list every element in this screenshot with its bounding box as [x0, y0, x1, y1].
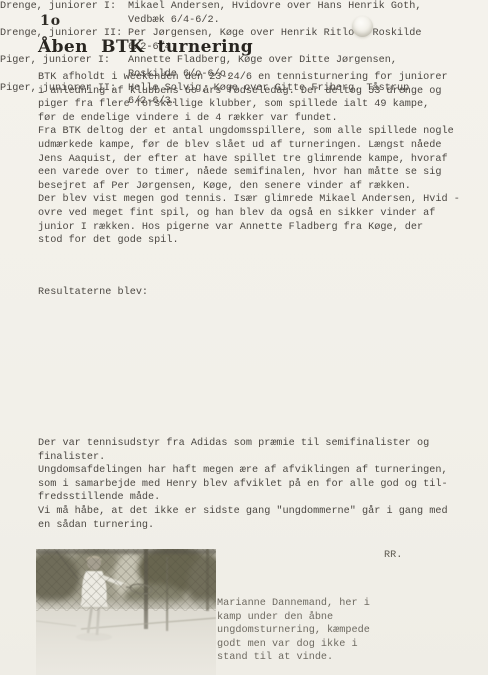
article-body: BTK afholdt i weekenden den 23-24/6 en t… — [38, 71, 478, 248]
page-title: Åben BTK turnering — [38, 37, 253, 57]
result-category: Drenge, juniorer I: — [0, 0, 128, 27]
closing-paragraphs: Der var tennisudstyr fra Adidas som præm… — [38, 437, 474, 532]
scanned-page: 1o Åben BTK turnering BTK afholdt i week… — [0, 0, 488, 675]
photo-overexposure-wash — [36, 549, 216, 675]
punch-hole — [352, 16, 373, 37]
results-intro: Resultaterne blev: — [38, 286, 148, 300]
signature-initials: RR. — [384, 549, 402, 563]
tennis-photo — [36, 549, 216, 675]
result-row: Drenge, juniorer I: Mikael Andersen, Hvi… — [0, 0, 442, 27]
page-number: 1o — [40, 13, 61, 29]
photo-caption: Marianne Dannemand, her i kamp under den… — [217, 597, 370, 665]
result-text: Mikael Andersen, Hvidovre over Hans Henr… — [128, 0, 442, 27]
